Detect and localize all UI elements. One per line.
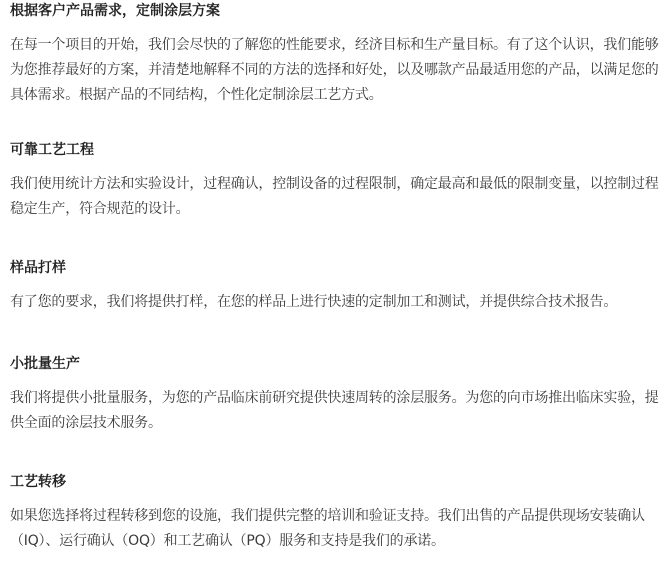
section-body: 有了您的要求，我们将提供打样，在您的样品上进行快速的定制加工和测试，并提供综合技… xyxy=(10,290,660,315)
section-small-batch-production: 小批量生产 我们将提供小批量服务，为您的产品临床前研究提供快速周转的涂层服务。为… xyxy=(10,353,660,436)
section-custom-coating-solution: 根据客户产品需求，定制涂层方案 在每一个项目的开始，我们会尽快的了解您的性能要求… xyxy=(10,0,660,108)
section-process-transfer: 工艺转移 如果您选择将过程转移到您的设施，我们提供完整的培训和验证支持。我们出售… xyxy=(10,471,660,554)
section-reliable-process-engineering: 可靠工艺工程 我们使用统计方法和实验设计，过程确认，控制设备的过程限制，确定最高… xyxy=(10,139,660,222)
section-title: 工艺转移 xyxy=(10,471,660,493)
section-title: 根据客户产品需求，定制涂层方案 xyxy=(10,0,660,22)
section-body: 我们将提供小批量服务，为您的产品临床前研究提供快速周转的涂层服务。为您的向市场推… xyxy=(10,386,660,436)
section-body: 在每一个项目的开始，我们会尽快的了解您的性能要求，经济目标和生产量目标。有了这个… xyxy=(10,33,660,108)
section-body: 我们使用统计方法和实验设计，过程确认，控制设备的过程限制，确定最高和最低的限制变… xyxy=(10,172,660,222)
section-title: 可靠工艺工程 xyxy=(10,139,660,161)
section-body: 如果您选择将过程转移到您的设施，我们提供完整的培训和验证支持。我们出售的产品提供… xyxy=(10,504,660,554)
section-sample-prototyping: 样品打样 有了您的要求，我们将提供打样，在您的样品上进行快速的定制加工和测试，并… xyxy=(10,257,660,315)
section-title: 小批量生产 xyxy=(10,353,660,375)
section-title: 样品打样 xyxy=(10,257,660,279)
